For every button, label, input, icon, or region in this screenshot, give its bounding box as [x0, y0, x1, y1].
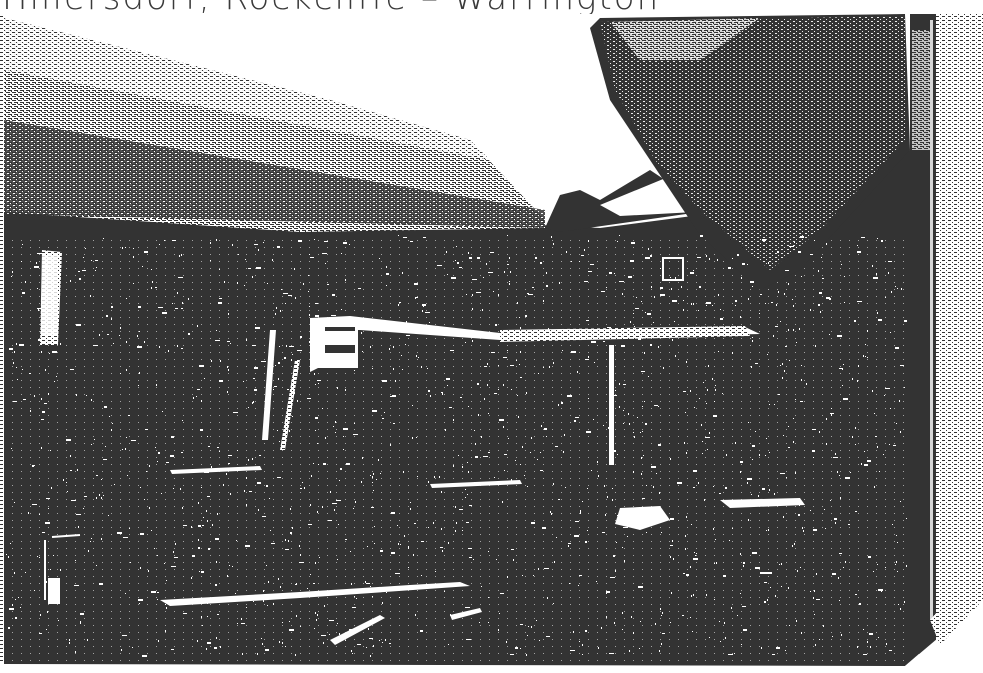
photo-caption: Hillersdorf, Rockcliffe – Warrington — [2, 0, 660, 14]
caption-strip: Hillersdorf, Rockcliffe – Warrington — [0, 0, 983, 14]
halftone-photo — [0, 0, 983, 673]
courtyard-scene — [0, 0, 983, 673]
white-post — [609, 345, 614, 465]
right-wall-edge — [935, 14, 983, 640]
